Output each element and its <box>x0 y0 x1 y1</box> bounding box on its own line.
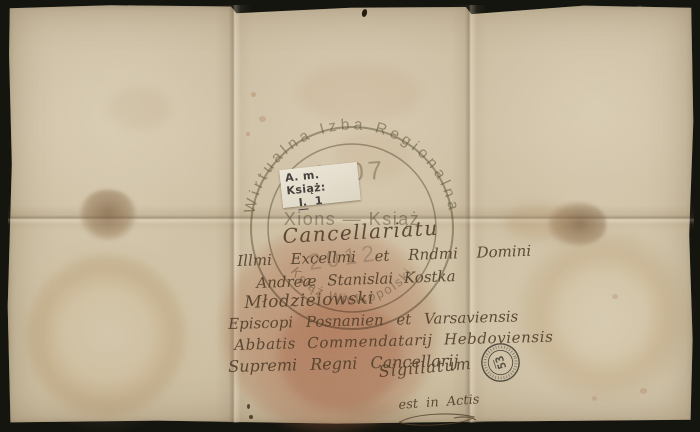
stamp-number: 53 <box>493 354 509 371</box>
red-speck <box>592 396 597 401</box>
red-speck <box>251 92 256 97</box>
scan-background: Wirtualna Izba Regionalna Książ Wielkopo… <box>0 0 700 432</box>
signature-flourish <box>396 410 480 430</box>
archive-label-number: 1 <box>314 194 323 208</box>
archive-label-roman: I. <box>297 195 309 210</box>
water-ring-stain-left <box>10 238 202 432</box>
red-speck <box>612 294 618 299</box>
fold-blotch-right-halo <box>505 204 575 240</box>
ink-dot <box>247 404 250 409</box>
water-ring-stain-right <box>512 224 696 406</box>
archive-label: A. m. Książ: I.1 <box>279 162 361 208</box>
faint-stain <box>108 88 170 130</box>
fold-blotch-left <box>80 190 136 240</box>
archive-round-stamp: 53 <box>480 342 521 383</box>
document-content: Wirtualna Izba Regionalna Książ Wielkopo… <box>0 0 700 432</box>
red-speck <box>640 388 647 394</box>
ink-dot <box>249 415 253 419</box>
ink-speck <box>361 8 368 17</box>
